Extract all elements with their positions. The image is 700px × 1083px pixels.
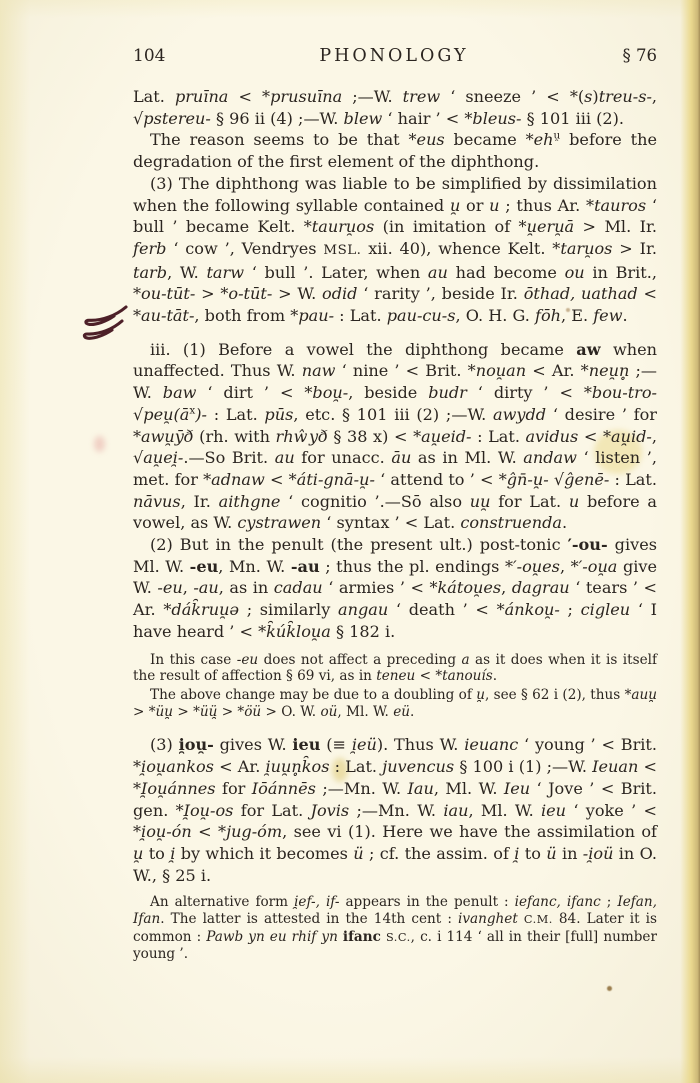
paragraph-continuation: Lat. pruīna < *prusuīna ;—W. trew ‘ snee…	[133, 86, 657, 129]
page-header: 104 PHONOLOGY § 76	[133, 46, 657, 66]
note-doubling: The above change may be due to a doublin…	[133, 687, 657, 720]
paragraph-3-iou: (3) i̯ou̯- gives W. ieu (≡ i̯eü). Thus W…	[133, 734, 657, 886]
section-number: § 76	[623, 46, 658, 65]
note-eu-affection: In this case -eu does not affect a prece…	[133, 652, 657, 685]
note-alternative-form: An alternative form i̯ef-, if- appears i…	[133, 894, 657, 963]
paper-edge-bottom	[0, 1057, 700, 1083]
page-title: PHONOLOGY	[165, 46, 622, 66]
paper-stain	[94, 436, 105, 452]
paper-speck	[607, 986, 612, 991]
paragraph-2-penult: (2) But in the penult (the present ult.)…	[133, 534, 657, 643]
body-paragraphs: Lat. pruīna < *prusuīna ;—W. trew ‘ snee…	[133, 86, 657, 963]
page-number: 104	[133, 46, 165, 66]
paragraph-3-dissimilation: (3) The diphthong was liable to be simpl…	[133, 173, 657, 327]
handwritten-margin-mark-icon	[76, 302, 134, 360]
page-text: 104 PHONOLOGY § 76 Lat. pruīna < *prusuī…	[133, 46, 657, 963]
paper-edge-top	[0, 0, 700, 18]
paper-edge-right	[680, 0, 700, 1083]
paragraph-iii-1-before-vowel: iii. (1) Before a vowel the diphthong be…	[133, 339, 657, 534]
paper-edge-left	[0, 0, 30, 1083]
paragraph-reason: The reason seems to be that *eus became …	[133, 129, 657, 172]
